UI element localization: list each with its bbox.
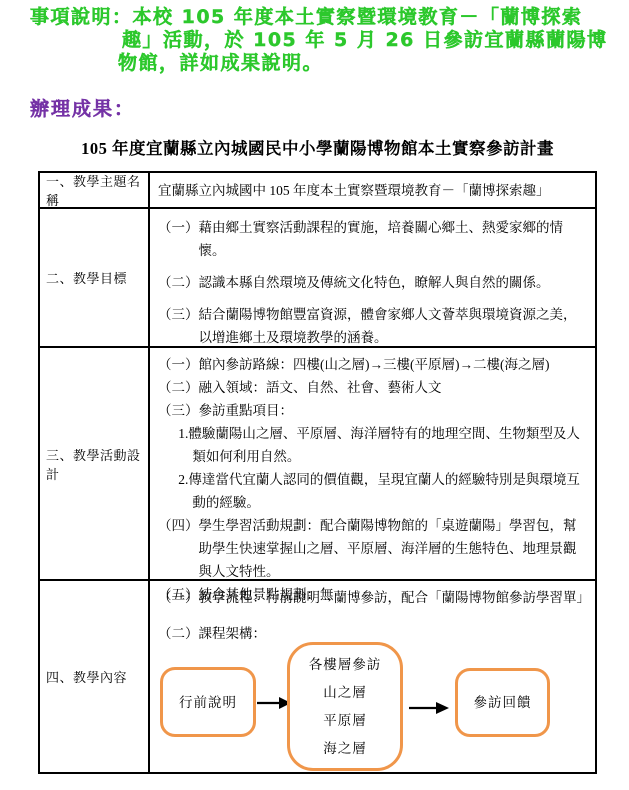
table-row: 三、教學活動設計 （一）館內參訪路線：四樓(山之層)→三樓(平原層)→二樓(海之…: [40, 346, 595, 579]
table-item: 2.傳達當代宜蘭人認同的價值觀，呈現宜蘭人的經驗特別是與環境互動的經驗。: [178, 468, 589, 514]
plan-table: 一、教學主題名稱 宜蘭縣立內城國中 105 年度本土實察暨環境教育－「蘭博探索趣…: [38, 171, 597, 774]
flow-box-line: 參訪回饋: [474, 691, 532, 714]
table-item: （二）課程架構：: [158, 622, 589, 645]
table-item: （三）結合蘭陽博物館豐富資源，體會家鄉人文薈萃與環境資源之美，以增進鄉土及環境教…: [158, 303, 589, 349]
table-item: （三）參訪重點項目：: [158, 399, 589, 422]
flow-box-floor-visits: 各樓層參訪山之層平原層海之層: [287, 642, 403, 771]
flow-box-line: 平原層: [323, 707, 367, 735]
row-content-activity-design: （一）館內參訪路線：四樓(山之層)→三樓(平原層)→二樓(海之層)（二）融入領域…: [150, 348, 595, 579]
document-page: 事項說明：本校 105 年度本土實察暨環境教育－「蘭博探索 趣」活動，於 105…: [0, 0, 629, 790]
row-content-teaching-content: （一）教學流程：行前說明→蘭博參訪，配合「蘭陽博物館參訪學習單」（二）課程架構：…: [150, 581, 595, 772]
flow-arrow-icon: [409, 700, 449, 716]
row-header-teaching-content: 四、教學內容: [40, 581, 150, 772]
intro-line-2: 趣」活動，於 105 年 5 月 26 日參訪宜蘭縣蘭陽博: [122, 29, 615, 52]
table-row: 一、教學主題名稱 宜蘭縣立內城國中 105 年度本土實察暨環境教育－「蘭博探索趣…: [40, 173, 595, 207]
table-item: （一）藉由鄉土實察活動課程的實施，培養關心鄉土、熱愛家鄉的情懷。: [158, 216, 589, 262]
table-row: 二、教學目標 （一）藉由鄉土實察活動課程的實施，培養關心鄉土、熱愛家鄉的情懷。（…: [40, 207, 595, 346]
flow-arrow-icon: [257, 695, 291, 711]
flow-box-visit-feedback: 參訪回饋: [455, 668, 550, 737]
item-list: 宜蘭縣立內城國中 105 年度本土實察暨環境教育－「蘭博探索趣」: [158, 178, 589, 202]
intro-note: 事項說明：本校 105 年度本土實察暨環境教育－「蘭博探索 趣」活動，於 105…: [30, 6, 615, 75]
flow-box-line: 行前說明: [179, 691, 237, 714]
row-header-activity-design: 三、教學活動設計: [40, 348, 150, 579]
table-item: 宜蘭縣立內城國中 105 年度本土實察暨環境教育－「蘭博探索趣」: [158, 178, 589, 202]
item-list: （一）藉由鄉土實察活動課程的實施，培養關心鄉土、熱愛家鄉的情懷。（二）認識本縣自…: [158, 216, 589, 349]
intro-line-1: 事項說明：本校 105 年度本土實察暨環境教育－「蘭博探索: [30, 6, 615, 29]
intro-line-3: 物館，詳如成果說明。: [118, 52, 615, 75]
results-heading: 辦理成果：: [30, 94, 135, 121]
table-item: （四）學生學習活動規劃：配合蘭陽博物館的「桌遊蘭陽」學習包，幫助學生快速掌握山之…: [158, 514, 589, 583]
row-header-teaching-goals: 二、教學目標: [40, 209, 150, 346]
table-item: （一）教學流程：行前說明→蘭博參訪，配合「蘭陽博物館參訪學習單」: [158, 586, 589, 609]
item-list: （一）館內參訪路線：四樓(山之層)→三樓(平原層)→二樓(海之層)（二）融入領域…: [158, 353, 589, 606]
row-header-topic-name: 一、教學主題名稱: [40, 173, 150, 207]
row-content-topic-name: 宜蘭縣立內城國中 105 年度本土實察暨環境教育－「蘭博探索趣」: [150, 173, 595, 207]
plan-table-title: 105 年度宜蘭縣立內城國民中小學蘭陽博物館本土實察參訪計畫: [38, 135, 597, 159]
item-list: （一）教學流程：行前說明→蘭博參訪，配合「蘭陽博物館參訪學習單」（二）課程架構：: [158, 586, 589, 645]
table-item: （二）融入領域：語文、自然、社會、藝術人文: [158, 376, 589, 399]
flow-box-line: 各樓層參訪: [309, 651, 382, 679]
table-item: （一）館內參訪路線：四樓(山之層)→三樓(平原層)→二樓(海之層): [158, 353, 589, 376]
flow-box-pretrip-briefing: 行前說明: [160, 667, 256, 737]
table-item: 1.體驗蘭陽山之層、平原層、海洋層特有的地理空間、生物類型及人類如何利用自然。: [178, 422, 589, 468]
flow-box-line: 海之層: [323, 735, 367, 763]
table-row: 四、教學內容 （一）教學流程：行前說明→蘭博參訪，配合「蘭陽博物館參訪學習單」（…: [40, 579, 595, 772]
flow-box-line: 山之層: [323, 679, 367, 707]
table-item: （二）認識本縣自然環境及傳統文化特色，瞭解人與自然的關係。: [158, 271, 589, 294]
row-content-teaching-goals: （一）藉由鄉土實察活動課程的實施，培養關心鄉土、熱愛家鄉的情懷。（二）認識本縣自…: [150, 209, 595, 346]
